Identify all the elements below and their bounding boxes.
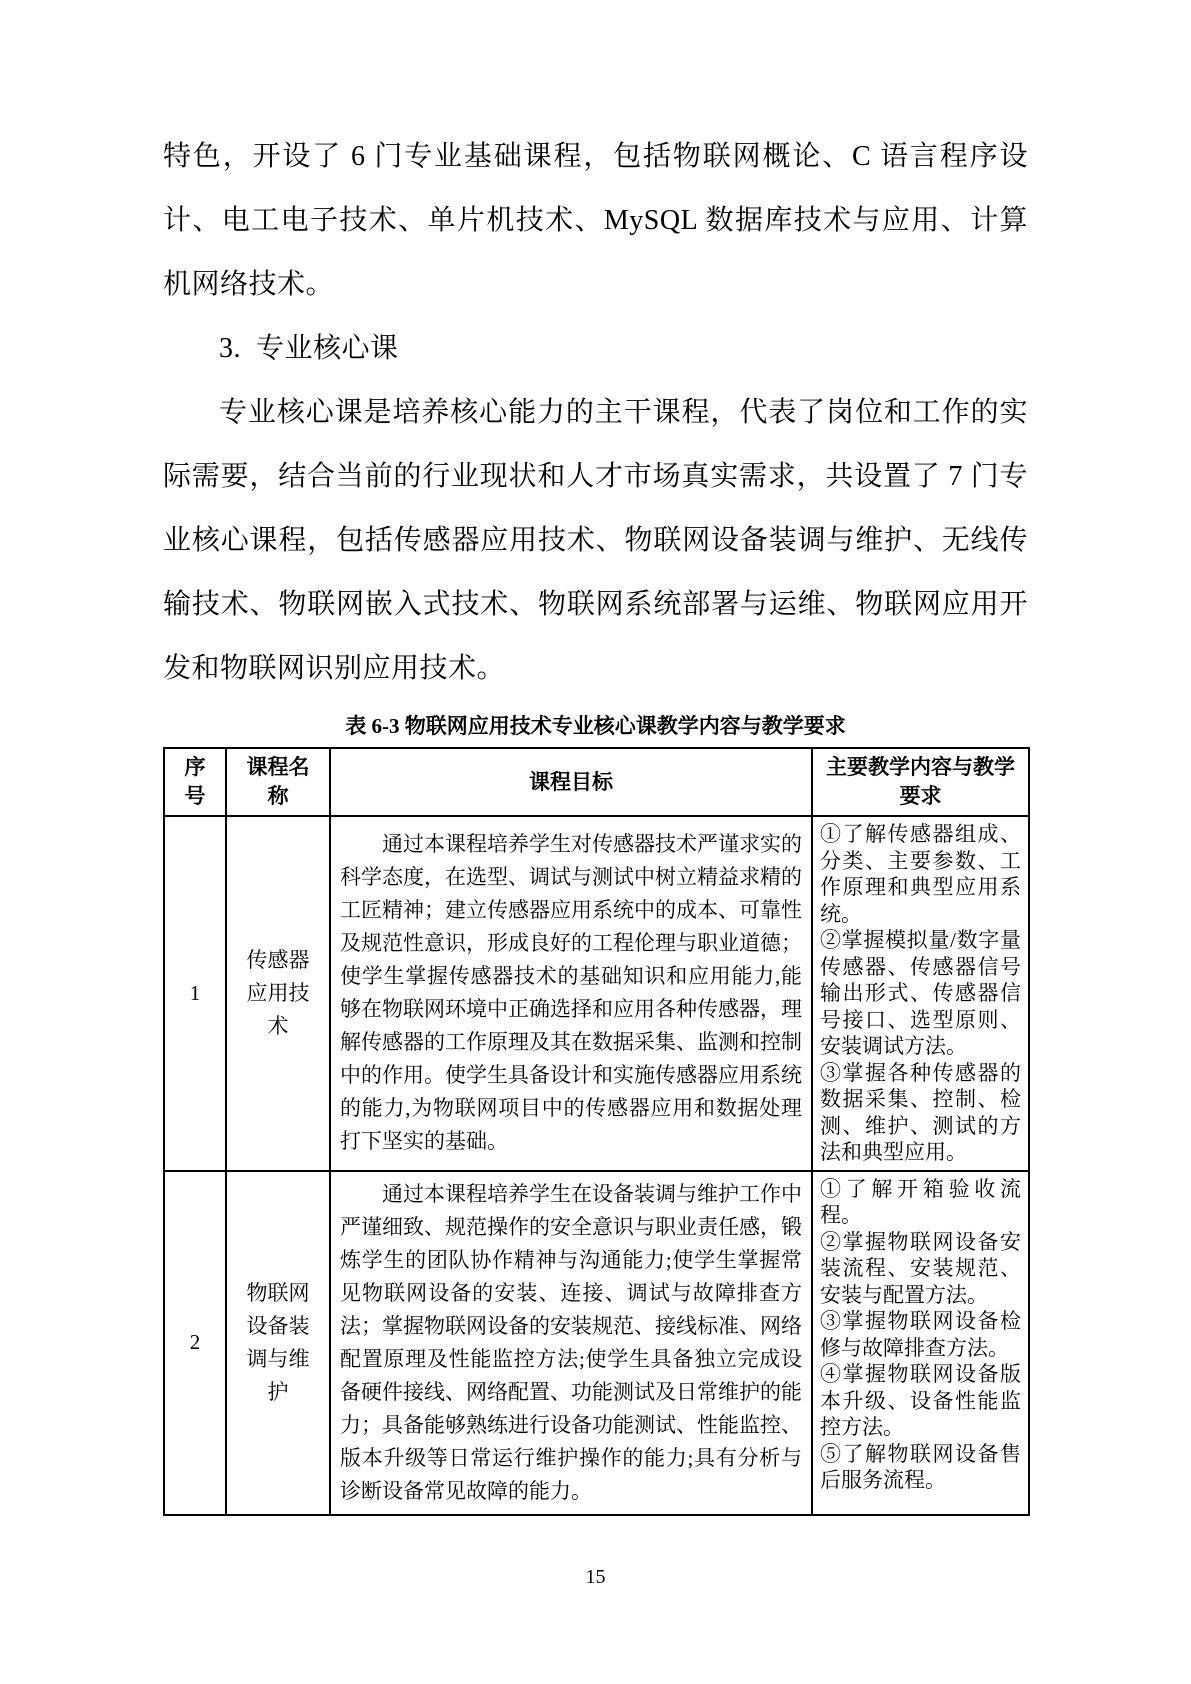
table-caption: 表 6-3 物联网应用技术专业核心课教学内容与教学要求 <box>163 711 1028 741</box>
row1-teaching-content: ①了解传感器组成、分类、主要参数、工作原理和典型应用系统。 ②掌握模拟量/数字量… <box>812 816 1029 1171</box>
row1-index: 1 <box>164 816 226 1171</box>
col-header-teaching-content: 主要教学内容与教学要求 <box>812 748 1029 816</box>
document-page: 特色，开设了 6 门专业基础课程，包括物联网概论、C 语言程序设计、电工电子技术… <box>0 0 1191 1684</box>
row1-course-objective: 通过本课程培养学生对传感器技术严谨求实的科学态度，在选型、调试与测试中树立精益求… <box>330 816 812 1171</box>
table-header-row: 序号 课程名称 课程目标 主要教学内容与教学要求 <box>164 748 1029 816</box>
col-header-course-objective: 课程目标 <box>330 748 812 816</box>
row1-course-name: 传感器应用技术 <box>226 816 330 1171</box>
row2-course-name: 物联网设备装调与维护 <box>226 1171 330 1515</box>
core-course-table: 序号 课程名称 课程目标 主要教学内容与教学要求 1 传感器应用技术 通过本课程… <box>163 747 1030 1516</box>
page-number: 15 <box>0 1566 1191 1589</box>
paragraph-core-courses: 专业核心课是培养核心能力的主干课程，代表了岗位和工作的实际需要，结合当前的行业现… <box>163 381 1028 701</box>
page-content: 特色，开设了 6 门专业基础课程，包括物联网概论、C 语言程序设计、电工电子技术… <box>163 125 1028 1516</box>
col-header-index: 序号 <box>164 748 226 816</box>
table-row: 1 传感器应用技术 通过本课程培养学生对传感器技术严谨求实的科学态度，在选型、调… <box>164 816 1029 1171</box>
table-row: 2 物联网设备装调与维护 通过本课程培养学生在设备装调与维护工作中严谨细致、规范… <box>164 1171 1029 1515</box>
row2-index: 2 <box>164 1171 226 1515</box>
row2-teaching-content: ①了解开箱验收流程。 ②掌握物联网设备安装流程、安装规范、安装与配置方法。 ③掌… <box>812 1171 1029 1515</box>
col-header-course-name: 课程名称 <box>226 748 330 816</box>
section-heading-core-courses: 3. 专业核心课 <box>163 317 1028 381</box>
paragraph-basic-courses: 特色，开设了 6 门专业基础课程，包括物联网概论、C 语言程序设计、电工电子技术… <box>163 125 1028 317</box>
row2-course-objective: 通过本课程培养学生在设备装调与维护工作中严谨细致、规范操作的安全意识与职业责任感… <box>330 1171 812 1515</box>
